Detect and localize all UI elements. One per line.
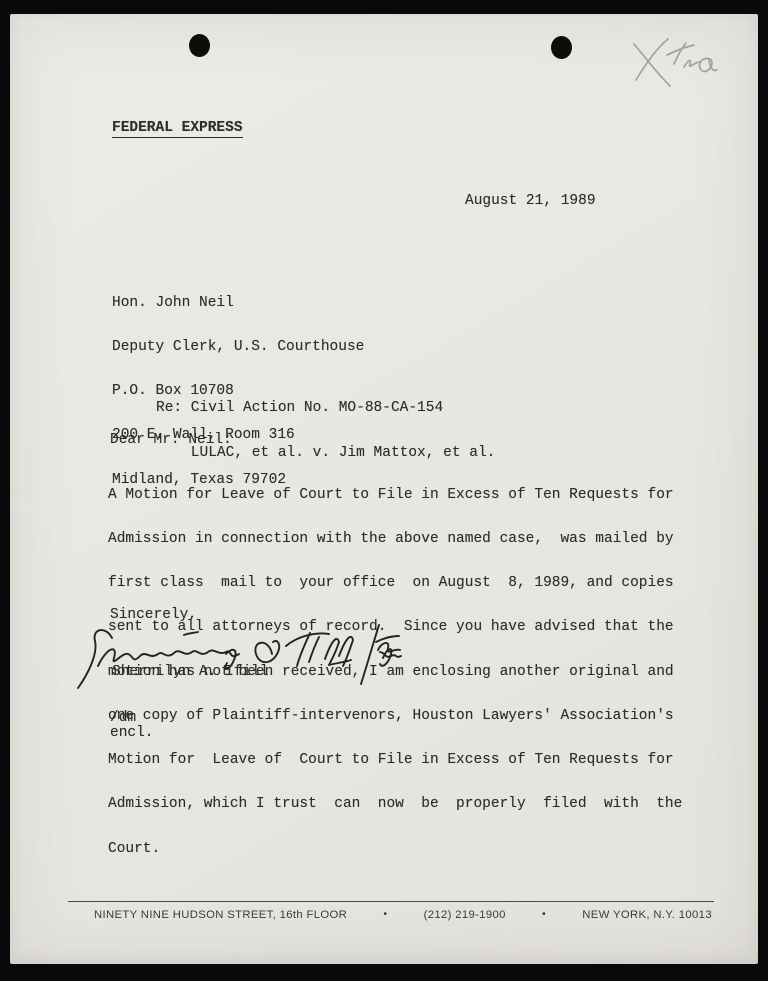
- re-line: Re: Civil Action No. MO-88-CA-154: [156, 401, 495, 417]
- salutation: Dear Mr. Neil:: [110, 433, 232, 448]
- body-line: A Motion for Leave of Court to File in E…: [108, 488, 682, 503]
- scanned-letter-page: Xtra FEDERAL EXPRESS August 21, 1989 Hon…: [10, 14, 758, 964]
- hole-punch-left: [189, 34, 210, 57]
- body-line: first class mail to your office on Augus…: [108, 576, 682, 591]
- body-line: Admission in connection with the above n…: [108, 532, 682, 547]
- footer-bullet: •: [383, 908, 387, 922]
- shipping-method: FEDERAL EXPRESS: [112, 120, 243, 138]
- footer-street-address: NINETY NINE HUDSON STREET, 16th FLOOR: [94, 908, 347, 922]
- footer-bullet: •: [542, 908, 546, 922]
- body-line: Motion for Leave of Court to File in Exc…: [108, 753, 682, 768]
- address-line: Deputy Clerk, U.S. Courthouse: [112, 340, 364, 355]
- footer-city: NEW YORK, N.Y. 10013: [582, 908, 712, 922]
- body-line: Admission, which I trust can now be prop…: [108, 797, 682, 812]
- pencil-note-xtra: [622, 34, 726, 96]
- footer-phone: (212) 219-1900: [424, 908, 506, 922]
- body-line: Court.: [108, 842, 682, 857]
- typist-initials: /dm: [110, 711, 136, 726]
- letterhead-footer: NINETY NINE HUDSON STREET, 16th FLOOR • …: [94, 908, 712, 922]
- footer-rule: [68, 901, 714, 902]
- letter-date: August 21, 1989: [465, 194, 596, 209]
- enclosure-note: encl.: [110, 726, 154, 741]
- address-line: Hon. John Neil: [112, 296, 364, 311]
- hole-punch-right: [551, 36, 572, 59]
- typed-name: Sherrilyn A. Ifill: [112, 665, 269, 680]
- handwritten-signature: [76, 618, 402, 700]
- body-line: one copy of Plaintiff-intervenors, Houst…: [108, 709, 682, 724]
